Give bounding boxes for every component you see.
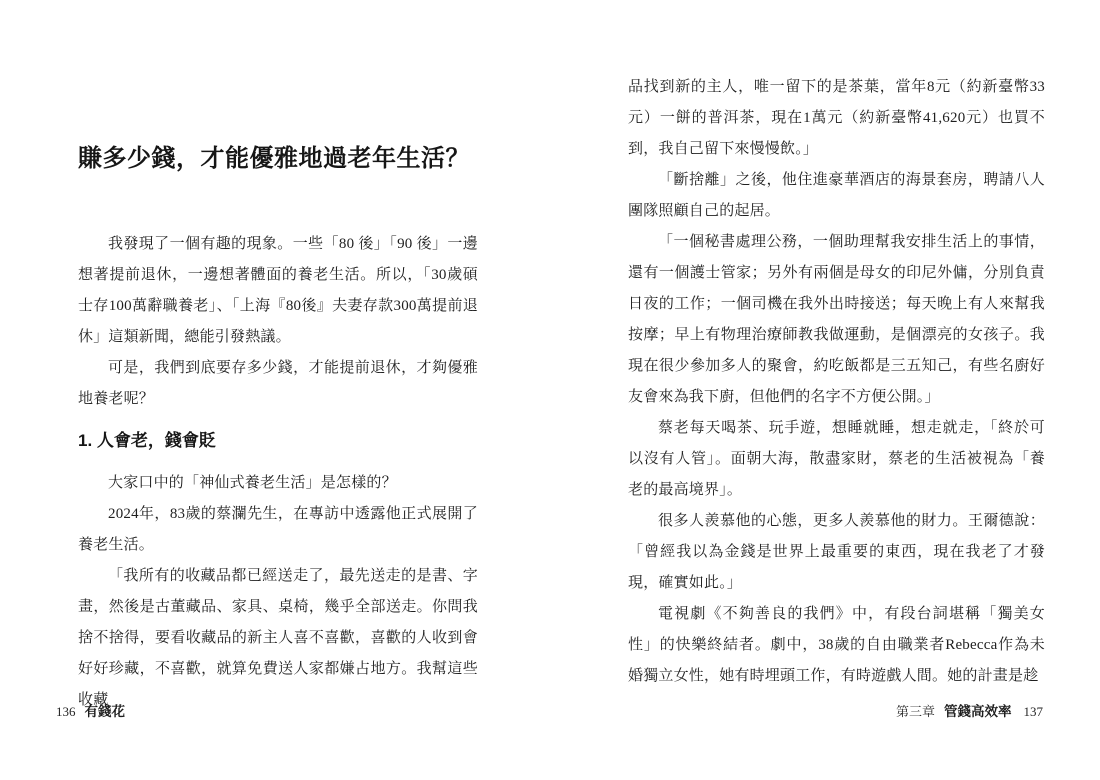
paragraph: 我發現了一個有趣的現象。一些「80 後」「90 後」一邊想著提前退休，一邊想著體…: [78, 229, 478, 353]
paragraph: 蔡老每天喝茶、玩手遊，想睡就睡，想走就走，「終於可以沒有人管」。面朝大海，散盡家…: [628, 413, 1045, 506]
paragraph: 可是，我們到底要存多少錢，才能提前退休，才夠優雅地養老呢？: [78, 353, 478, 415]
chapter-label: 第三章: [896, 704, 935, 719]
paragraph: 2024年，83歲的蔡瀾先生，在專訪中透露他正式展開了養老生活。: [78, 499, 478, 561]
left-page: 賺多少錢，才能優雅地過老年生活？ 我發現了一個有趣的現象。一些「80 後」「90…: [78, 0, 478, 716]
section-heading: 1. 人會老，錢會貶: [78, 425, 478, 456]
paragraph-continuation: 品找到新的主人，唯一留下的是茶葉，當年8元（約新臺幣33元）一餅的普洱茶，現在1…: [628, 72, 1045, 165]
chapter-title: 管錢高效率: [944, 704, 1012, 719]
right-page-footer: 第三章管錢高效率137: [896, 703, 1043, 721]
paragraph: 「斷捨離」之後，他住進豪華酒店的海景套房，聘請八人團隊照顧自己的起居。: [628, 165, 1045, 227]
right-page: 品找到新的主人，唯一留下的是茶葉，當年8元（約新臺幣33元）一餅的普洱茶，現在1…: [628, 0, 1045, 692]
paragraph: 大家口中的「神仙式養老生活」是怎樣的？: [78, 468, 478, 499]
page-number: 136: [56, 704, 76, 719]
paragraph: 「我所有的收藏品都已經送走了，最先送走的是書、字畫，然後是古董藏品、家具、桌椅，…: [78, 561, 478, 716]
paragraph: 很多人羨慕他的心態，更多人羨慕他的財力。王爾德說：「曾經我以為金錢是世界上最重要…: [628, 506, 1045, 599]
book-title: 有錢花: [85, 704, 126, 719]
paragraph: 「一個秘書處理公務，一個助理幫我安排生活上的事情，還有一個護士管家；另外有兩個是…: [628, 227, 1045, 413]
page-title: 賺多少錢，才能優雅地過老年生活？: [78, 142, 478, 176]
book-spread: 賺多少錢，才能優雅地過老年生活？ 我發現了一個有趣的現象。一些「80 後」「90…: [0, 0, 1100, 780]
paragraph: 電視劇《不夠善良的我們》中，有段台詞堪稱「獨美女性」的快樂終結者。劇中，38歲的…: [628, 599, 1045, 692]
left-page-footer: 136有錢花: [56, 703, 125, 721]
page-number: 137: [1024, 704, 1044, 719]
